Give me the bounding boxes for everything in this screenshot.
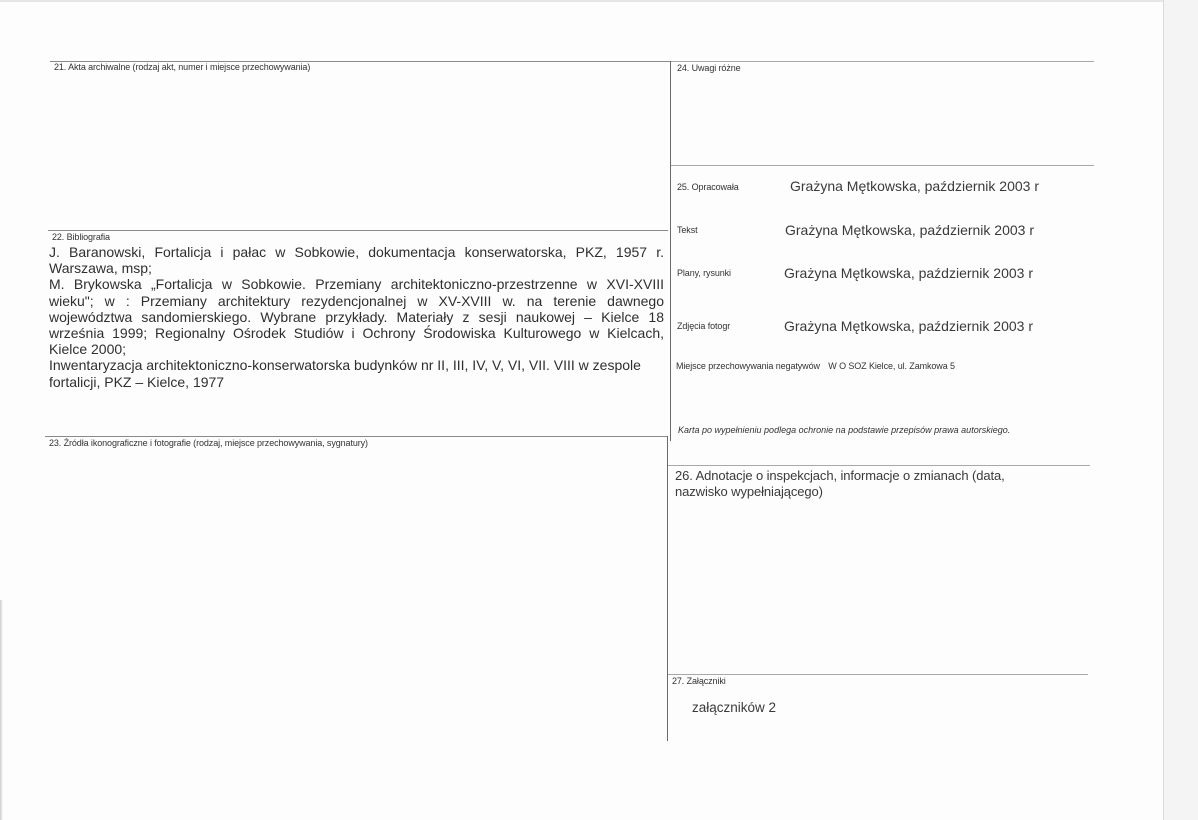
bibliography-entry: M. Brykowska „Fortalicja w Sobkowie. Prz… [49, 276, 664, 357]
negatives-label-text: Miejsce przechowywania negatywów [676, 361, 820, 371]
negatives-value-text: W O SOZ Kielce, ul. Zamkowa 5 [828, 361, 955, 371]
bibliography-entry: J. Baranowski, Fortalicja i pałac w Sobk… [49, 244, 664, 276]
section24-content[interactable] [674, 78, 1092, 162]
attachments-count: załączników 2 [692, 700, 776, 715]
divider-section23-top [45, 436, 667, 437]
column-divider-upper [670, 61, 671, 441]
section26-content[interactable] [672, 504, 1090, 669]
drawings-author-value: Grażyna Mętkowska, październik 2003 r [784, 265, 1033, 281]
section27-label: 27. Załączniki [672, 676, 726, 686]
section23-content[interactable] [48, 452, 663, 732]
bibliography-entry: Inwentaryzacja architektoniczno-konserwa… [49, 357, 664, 389]
column-divider-lower [667, 436, 668, 741]
divider-section27-top [668, 674, 1088, 675]
divider-section26-top [668, 465, 1090, 466]
section22-label: 22. Bibliografia [52, 232, 110, 242]
scan-top-edge [0, 0, 1163, 2]
section24-label: 24. Uwagi różne [677, 63, 741, 73]
negatives-location-label: Miejsce przechowywania negatywów W O SOZ… [676, 361, 955, 371]
divider-section24-top [670, 61, 1094, 62]
author-label: 25. Opracowała [677, 182, 739, 192]
divider-section25-top [670, 165, 1094, 166]
section21-label: 21. Akta archiwalne (rodzaj akt, numer i… [54, 62, 310, 72]
bibliography-list: J. Baranowski, Fortalicja i pałac w Sobk… [49, 244, 664, 390]
section23-label: 23. Źródła ikonograficzne i fotografie (… [49, 438, 368, 448]
scan-left-shadow [0, 600, 3, 820]
text-author-value: Grażyna Mętkowska, październik 2003 r [785, 222, 1034, 238]
section21-content[interactable] [50, 76, 665, 226]
photos-author-label: Zdjęcia fotogr [677, 321, 730, 331]
photos-author-value: Grażyna Mętkowska, październik 2003 r [784, 318, 1033, 334]
author-value: Grażyna Mętkowska, październik 2003 r [790, 178, 1039, 194]
divider-section22-top [48, 230, 668, 231]
copyright-note: Karta po wypełnieniu podlega ochronie na… [678, 425, 1010, 435]
text-author-label: Tekst [677, 225, 698, 235]
drawings-author-label: Plany, rysunki [677, 268, 731, 278]
scanner-margin [1164, 0, 1198, 820]
record-card-page: 21. Akta archiwalne (rodzaj akt, numer i… [0, 0, 1164, 820]
section26-label: 26. Adnotacje o inspekcjach, informacje … [675, 468, 1055, 500]
